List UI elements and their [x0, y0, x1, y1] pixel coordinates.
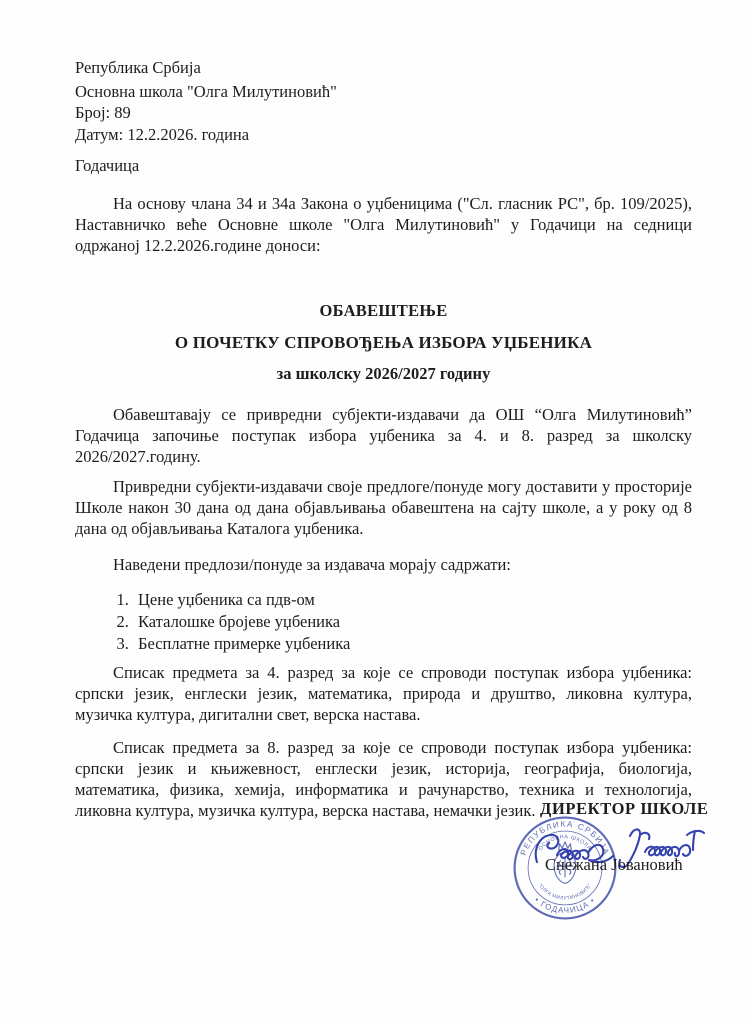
grade4-subjects-paragraph: Списак предмета за 4. разред за које се …	[75, 662, 692, 725]
list-item: Бесплатне примерке уџбеника	[133, 633, 692, 655]
signature-typed-name: Снежана Јовановић	[545, 855, 683, 875]
scanned-document-page: Република Србија Основна школа "Олга Мил…	[0, 0, 753, 1024]
delivery-terms-paragraph: Привредни субјекти-издавачи своје предло…	[75, 476, 692, 539]
header-date: Датум: 12.2.2026. година	[75, 124, 692, 146]
document-content: Република Србија Основна школа "Олга Мил…	[0, 0, 753, 821]
title-notice: ОБАВЕШТЕЊЕ	[75, 301, 692, 321]
list-item: Каталошке бројеве уџбеника	[133, 611, 692, 633]
list-item: Цене уџбеника са пдв-ом	[133, 589, 692, 611]
requirements-intro: Наведени предлози/понуде за издавача мор…	[75, 554, 692, 575]
requirements-list: Цене уџбеника са пдв-ом Каталошке бројев…	[75, 589, 692, 655]
document-header: Република Србија Основна школа "Олга Мил…	[75, 57, 692, 176]
stamp-inner-bottom-text: "ОЛГА МИЛУТИНОВИЋ"	[537, 883, 594, 902]
publishers-notice-paragraph: Обавештавају се привредни субјекти-издав…	[75, 404, 692, 467]
header-school-name: Основна школа "Олга Милутиновић"	[75, 81, 692, 103]
header-country: Република Србија	[75, 57, 692, 79]
title-school-year: за школску 2026/2027 годину	[75, 364, 692, 384]
document-title-block: ОБАВЕШТЕЊЕ О ПОЧЕТКУ СПРОВОЂЕЊА ИЗБОРА У…	[75, 301, 692, 384]
header-place: Годачица	[75, 156, 692, 176]
legal-basis-paragraph: На основу члана 34 и 34а Закона о уџбени…	[75, 193, 692, 256]
header-document-number: Број: 89	[75, 102, 692, 124]
title-subject: О ПОЧЕТКУ СПРОВОЂЕЊА ИЗБОРА УЏБЕНИКА	[75, 333, 692, 353]
